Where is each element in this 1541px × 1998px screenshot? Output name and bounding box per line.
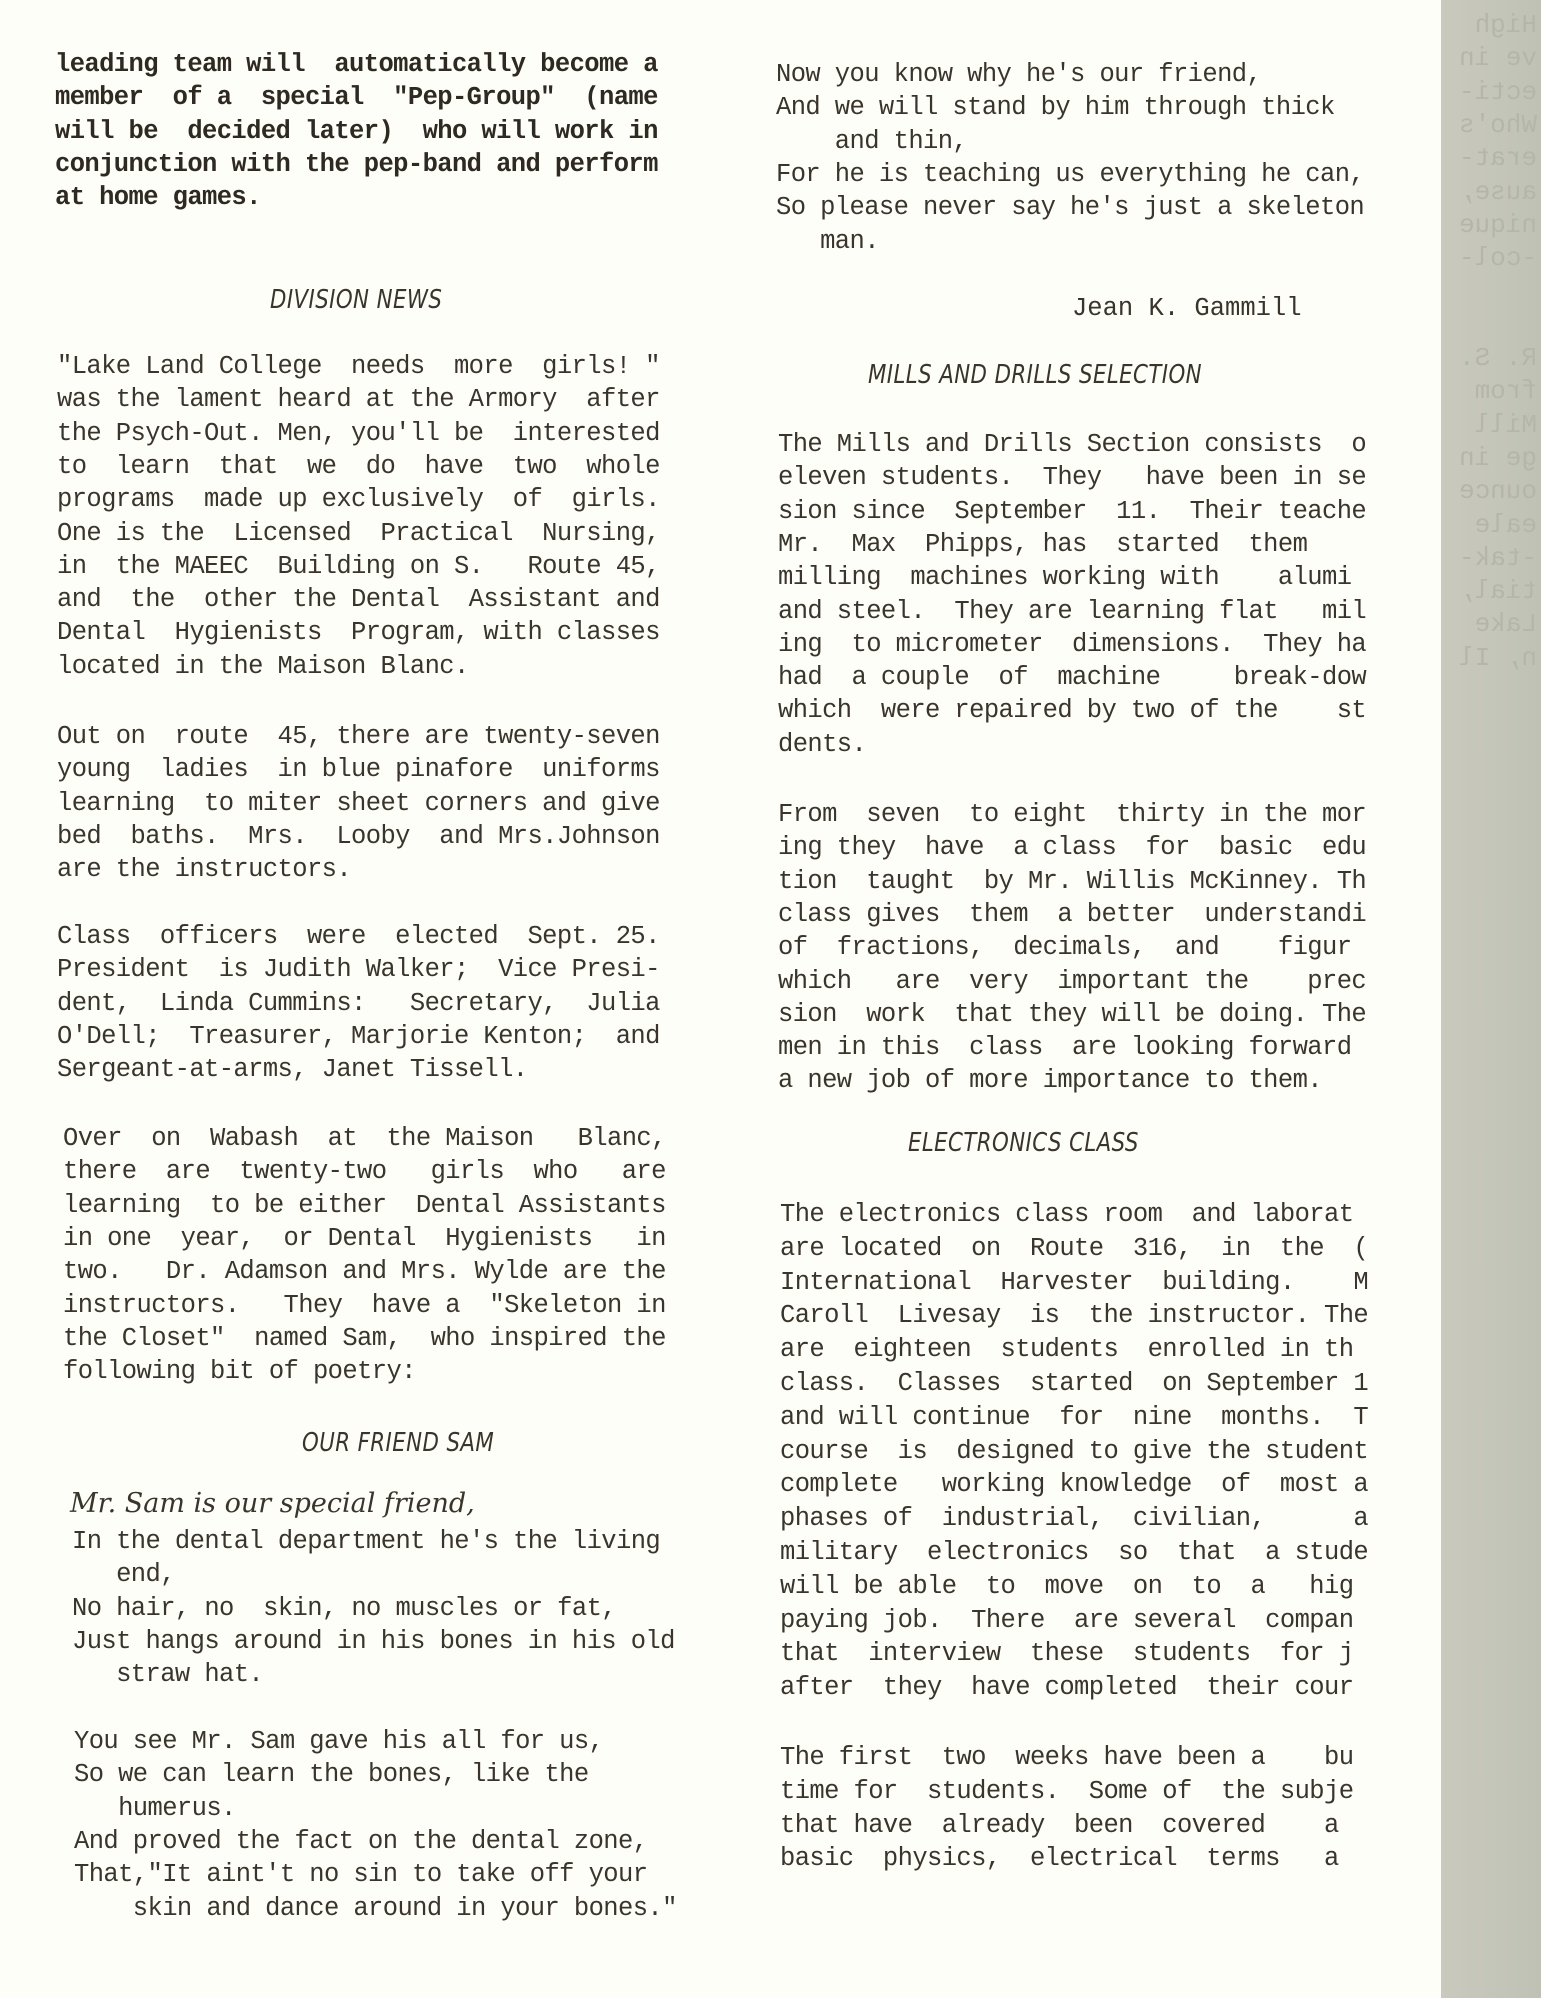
poem-line: You see Mr. Sam gave his all for us,	[74, 1727, 603, 1757]
bleed-through-text: from	[1475, 376, 1537, 406]
bleed-through-text: erat-	[1459, 143, 1537, 173]
bleed-through-text: eale	[1475, 510, 1537, 540]
paragraph-line: which were repaired by two of the st	[778, 696, 1366, 726]
section-heading-division-news: DIVISION NEWS	[270, 285, 442, 315]
intro-line: at home games.	[55, 183, 261, 213]
paragraph-line: tion taught by Mr. Willis McKinney. Th	[778, 867, 1366, 897]
bleed-through-text: -tak-	[1459, 543, 1537, 573]
paragraph-line: dent, Linda Cummins: Secretary, Julia	[57, 989, 660, 1019]
paragraph-line: in the MAEEC Building on S. Route 45,	[57, 552, 660, 582]
poem-line: straw hat.	[72, 1660, 263, 1690]
bleed-through-text: ounce	[1459, 476, 1537, 506]
paragraph-line: and the other the Dental Assistant and	[57, 585, 660, 615]
paragraph-line: that have already been covered a	[780, 1811, 1339, 1841]
paragraph-line: Caroll Livesay is the instructor. The	[780, 1301, 1368, 1331]
bleed-through-text: Mill	[1475, 410, 1537, 440]
paragraph-line: had a couple of machine break-dow	[778, 663, 1366, 693]
bleed-through-text: High	[1475, 10, 1537, 40]
paragraph-line: class. Classes started on September 1	[780, 1369, 1368, 1399]
paragraph-line: Over on Wabash at the Maison Blanc,	[63, 1124, 666, 1154]
paragraph-line: that interview these students for j	[780, 1639, 1353, 1669]
bleed-through-text: -col-	[1459, 243, 1537, 273]
paragraph-line: The Mills and Drills Section consists o	[778, 430, 1366, 460]
paragraph-line: complete working knowledge of most a	[780, 1470, 1368, 1500]
paragraph-line: in one year, or Dental Hygienists in	[63, 1224, 666, 1254]
intro-line: conjunction with the pep-band and perfor…	[55, 150, 658, 180]
paragraph-line: are located on Route 316, in the (	[780, 1234, 1368, 1264]
paragraph-line: President is Judith Walker; Vice Presi-	[57, 955, 660, 985]
bleed-through-text: ecti-	[1459, 77, 1537, 107]
paragraph-line: the Closet" named Sam, who inspired the	[63, 1324, 666, 1354]
poem-line: end,	[72, 1560, 175, 1590]
paragraph-line: From seven to eight thirty in the mor	[778, 800, 1366, 830]
poem-line: That,"It aint't no sin to take off your	[74, 1860, 647, 1890]
bleed-through-text: Who's	[1459, 110, 1537, 140]
paragraph-line: basic physics, electrical terms a	[780, 1844, 1339, 1874]
poem-line: man.	[776, 227, 879, 257]
paragraph-line: ing they have a class for basic edu	[778, 833, 1366, 863]
paragraph-line: One is the Licensed Practical Nursing,	[57, 519, 660, 549]
adjacent-page-edge: Highve inecti-Who'serat-ause,nique-col-R…	[1441, 0, 1541, 1998]
poem-line: Now you know why he's our friend,	[776, 60, 1261, 90]
poem-line: and thin,	[776, 127, 967, 157]
bleed-through-text: n, Il	[1459, 643, 1537, 673]
paragraph-line: International Harvester building. M	[780, 1268, 1368, 1298]
paragraph-line: and steel. They are learning flat mil	[778, 597, 1366, 627]
paragraph-line: to learn that we do have two whole	[57, 452, 660, 482]
paragraph-line: the Psych-Out. Men, you'll be interested	[57, 419, 660, 449]
paragraph-line: was the lament heard at the Armory after	[57, 385, 660, 415]
paragraph-line: located in the Maison Blanc.	[57, 652, 469, 682]
paragraph-line: and will continue for nine months. T	[780, 1403, 1368, 1433]
paragraph-line: will be able to move on to a hig	[780, 1572, 1353, 1602]
newsletter-page: leading team will automatically become a…	[0, 0, 1441, 1998]
paragraph-line: young ladies in blue pinafore uniforms	[57, 755, 660, 785]
paragraph-line: sion work that they will be doing. The	[778, 1000, 1366, 1030]
poem-line: And proved the fact on the dental zone,	[74, 1827, 647, 1857]
paragraph-line: of fractions, decimals, and figur	[778, 933, 1351, 963]
paragraph-line: two. Dr. Adamson and Mrs. Wylde are the	[63, 1257, 666, 1287]
paragraph-line: are eighteen students enrolled in th	[780, 1335, 1353, 1365]
poem-line: So we can learn the bones, like the	[74, 1760, 589, 1790]
bleed-through-text: nique	[1459, 210, 1537, 240]
poem-line: In the dental department he's the living	[72, 1527, 660, 1557]
poem-line: And we will stand by him through thick	[776, 93, 1335, 123]
paragraph-line: Sergeant-at-arms, Janet Tissell.	[57, 1055, 527, 1085]
intro-line: member of a special "Pep-Group" (name	[55, 83, 658, 113]
bleed-through-text: ause,	[1459, 177, 1537, 207]
author-signature: Jean K. Gammill	[1072, 294, 1302, 323]
paragraph-line: sion since September 11. Their teache	[778, 497, 1366, 527]
paragraph-line: after they have completed their cour	[780, 1673, 1353, 1703]
paragraph-line: O'Dell; Treasurer, Marjorie Kenton; and	[57, 1022, 660, 1052]
poem-line: skin and dance around in your bones."	[74, 1894, 677, 1924]
paragraph-line: Dental Hygienists Program, with classes	[57, 618, 660, 648]
paragraph-line: programs made up exclusively of girls.	[57, 485, 660, 515]
paragraph-line: The electronics class room and laborat	[780, 1200, 1353, 1230]
bleed-through-text: Lake	[1475, 609, 1537, 639]
paragraph-line: bed baths. Mrs. Looby and Mrs.Johnson	[57, 822, 660, 852]
paragraph-line: paying job. There are several compan	[780, 1606, 1353, 1636]
poem-line: humerus.	[74, 1794, 236, 1824]
paragraph-line: The first two weeks have been a bu	[780, 1743, 1353, 1773]
paragraph-line: are the instructors.	[57, 855, 351, 885]
paragraph-line: phases of industrial, civilian, a	[780, 1504, 1368, 1534]
paragraph-line: Mr. Max Phipps, has started them	[778, 530, 1366, 560]
paragraph-line: which are very important the prec	[778, 967, 1366, 997]
poem-first-line: Mr. Sam is our special friend,	[70, 1488, 475, 1519]
paragraph-line: "Lake Land College needs more girls! "	[57, 352, 660, 382]
intro-line: leading team will automatically become a	[55, 50, 658, 80]
paragraph-line: military electronics so that a stude	[780, 1538, 1368, 1568]
bleed-through-text: ve in	[1459, 43, 1537, 73]
poem-line: Just hangs around in his bones in his ol…	[72, 1627, 675, 1657]
poem-line: For he is teaching us everything he can,	[776, 160, 1364, 190]
paragraph-line: dents.	[778, 730, 866, 760]
paragraph-line: Out on route 45, there are twenty-seven	[57, 722, 660, 752]
paragraph-line: time for students. Some of the subje	[780, 1777, 1353, 1807]
paragraph-line: a new job of more importance to them.	[778, 1066, 1322, 1096]
paragraph-line: learning to be either Dental Assistants	[63, 1191, 666, 1221]
paragraph-line: course is designed to give the student	[780, 1437, 1368, 1467]
section-heading-mills-and-drills: MILLS AND DRILLS SELECTION	[868, 360, 1202, 390]
paragraph-line: class gives them a better understandi	[778, 900, 1366, 930]
paragraph-line: ing to micrometer dimensions. They ha	[778, 630, 1366, 660]
paragraph-line: there are twenty-two girls who are	[63, 1157, 666, 1187]
bleed-through-text: ge in	[1459, 443, 1537, 473]
paragraph-line: following bit of poetry:	[63, 1357, 416, 1387]
paragraph-line: instructors. They have a "Skeleton in	[63, 1291, 666, 1321]
paragraph-line: milling machines working with alumi	[778, 563, 1351, 593]
paragraph-line: eleven students. They have been in se	[778, 463, 1366, 493]
section-heading-electronics: ELECTRONICS CLASS	[908, 1128, 1139, 1158]
poem-line: So please never say he's just a skeleton	[776, 193, 1364, 223]
poem-title: OUR FRIEND SAM	[302, 1428, 494, 1458]
paragraph-line: Class officers were elected Sept. 25.	[57, 922, 660, 952]
bleed-through-text: R. S.	[1459, 343, 1537, 373]
poem-line: No hair, no skin, no muscles or fat,	[72, 1594, 616, 1624]
paragraph-line: learning to miter sheet corners and give	[57, 789, 660, 819]
bleed-through-text: tial,	[1459, 576, 1537, 606]
paragraph-line: men in this class are looking forward	[778, 1033, 1351, 1063]
intro-line: will be decided later) who will work in	[55, 117, 658, 147]
